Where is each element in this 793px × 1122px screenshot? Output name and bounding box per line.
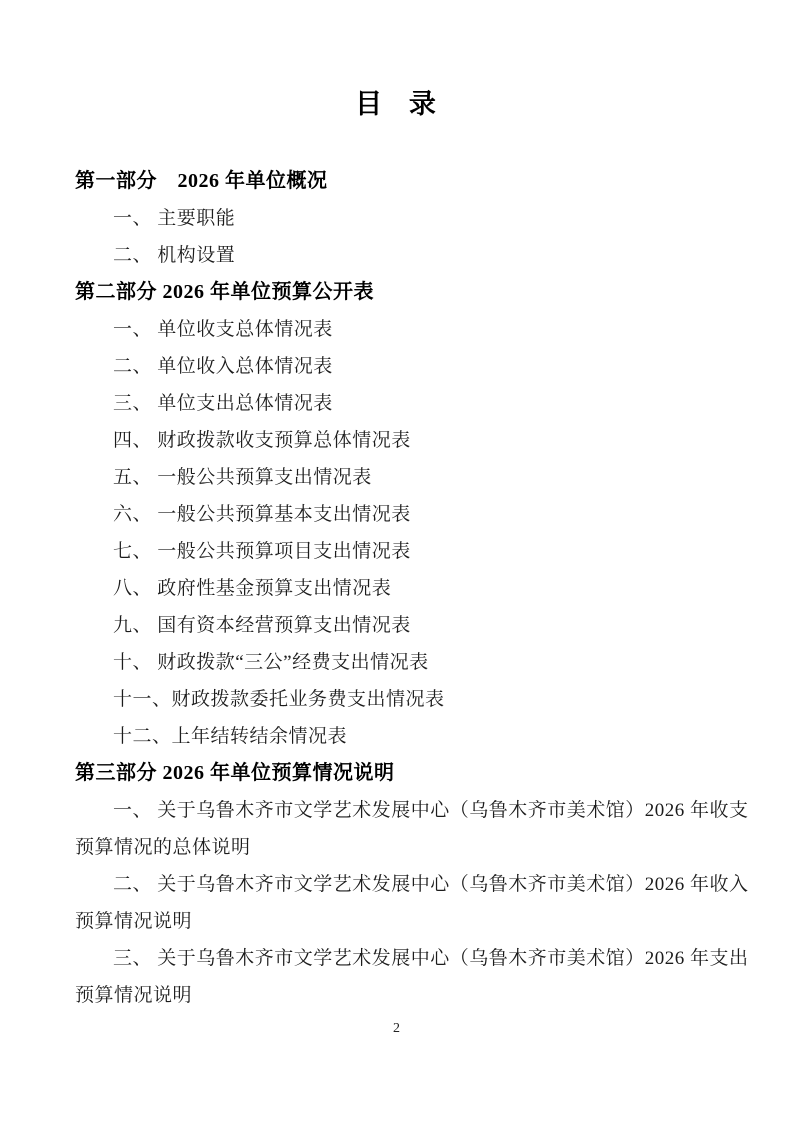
toc-item: 八、 政府性基金预算支出情况表 — [75, 570, 735, 607]
toc-item: 九、 国有资本经营预算支出情况表 — [75, 607, 735, 644]
toc-item: 三、 单位支出总体情况表 — [75, 385, 735, 422]
toc-item: 二、 关于乌鲁木齐市文学艺术发展中心（乌鲁木齐市美术馆）2026 年收入 — [75, 866, 735, 903]
toc-item: 三、 关于乌鲁木齐市文学艺术发展中心（乌鲁木齐市美术馆）2026 年支出 — [75, 940, 735, 977]
toc-item: 六、 一般公共预算基本支出情况表 — [75, 496, 735, 533]
toc-item: 一、 单位收支总体情况表 — [75, 311, 735, 348]
toc-item-continuation: 预算情况说明 — [75, 977, 735, 1014]
toc-item: 七、 一般公共预算项目支出情况表 — [75, 533, 735, 570]
toc-item-continuation: 预算情况的总体说明 — [75, 829, 735, 866]
section-1-heading: 第一部分 2026 年单位概况 — [75, 163, 735, 200]
toc-item: 一、 关于乌鲁木齐市文学艺术发展中心（乌鲁木齐市美术馆）2026 年收支 — [75, 792, 735, 829]
toc-item: 十一、财政拨款委托业务费支出情况表 — [75, 681, 735, 718]
toc-item: 五、 一般公共预算支出情况表 — [75, 459, 735, 496]
document-page: 目 录 第一部分 2026 年单位概况 一、 主要职能 二、 机构设置 第二部分… — [0, 0, 793, 1122]
toc-item: 十、 财政拨款“三公”经费支出情况表 — [75, 644, 735, 681]
toc-item-continuation: 预算情况说明 — [75, 903, 735, 940]
toc-item: 二、 机构设置 — [75, 237, 735, 274]
toc-item: 二、 单位收入总体情况表 — [75, 348, 735, 385]
page-number: 2 — [0, 1021, 793, 1037]
toc-content: 第一部分 2026 年单位概况 一、 主要职能 二、 机构设置 第二部分 202… — [75, 163, 735, 1014]
toc-item: 四、 财政拨款收支预算总体情况表 — [75, 422, 735, 459]
toc-item: 一、 主要职能 — [75, 200, 735, 237]
section-3-heading: 第三部分 2026 年单位预算情况说明 — [75, 755, 735, 792]
toc-item: 十二、上年结转结余情况表 — [75, 718, 735, 755]
page-title: 目 录 — [0, 82, 793, 121]
section-2-heading: 第二部分 2026 年单位预算公开表 — [75, 274, 735, 311]
